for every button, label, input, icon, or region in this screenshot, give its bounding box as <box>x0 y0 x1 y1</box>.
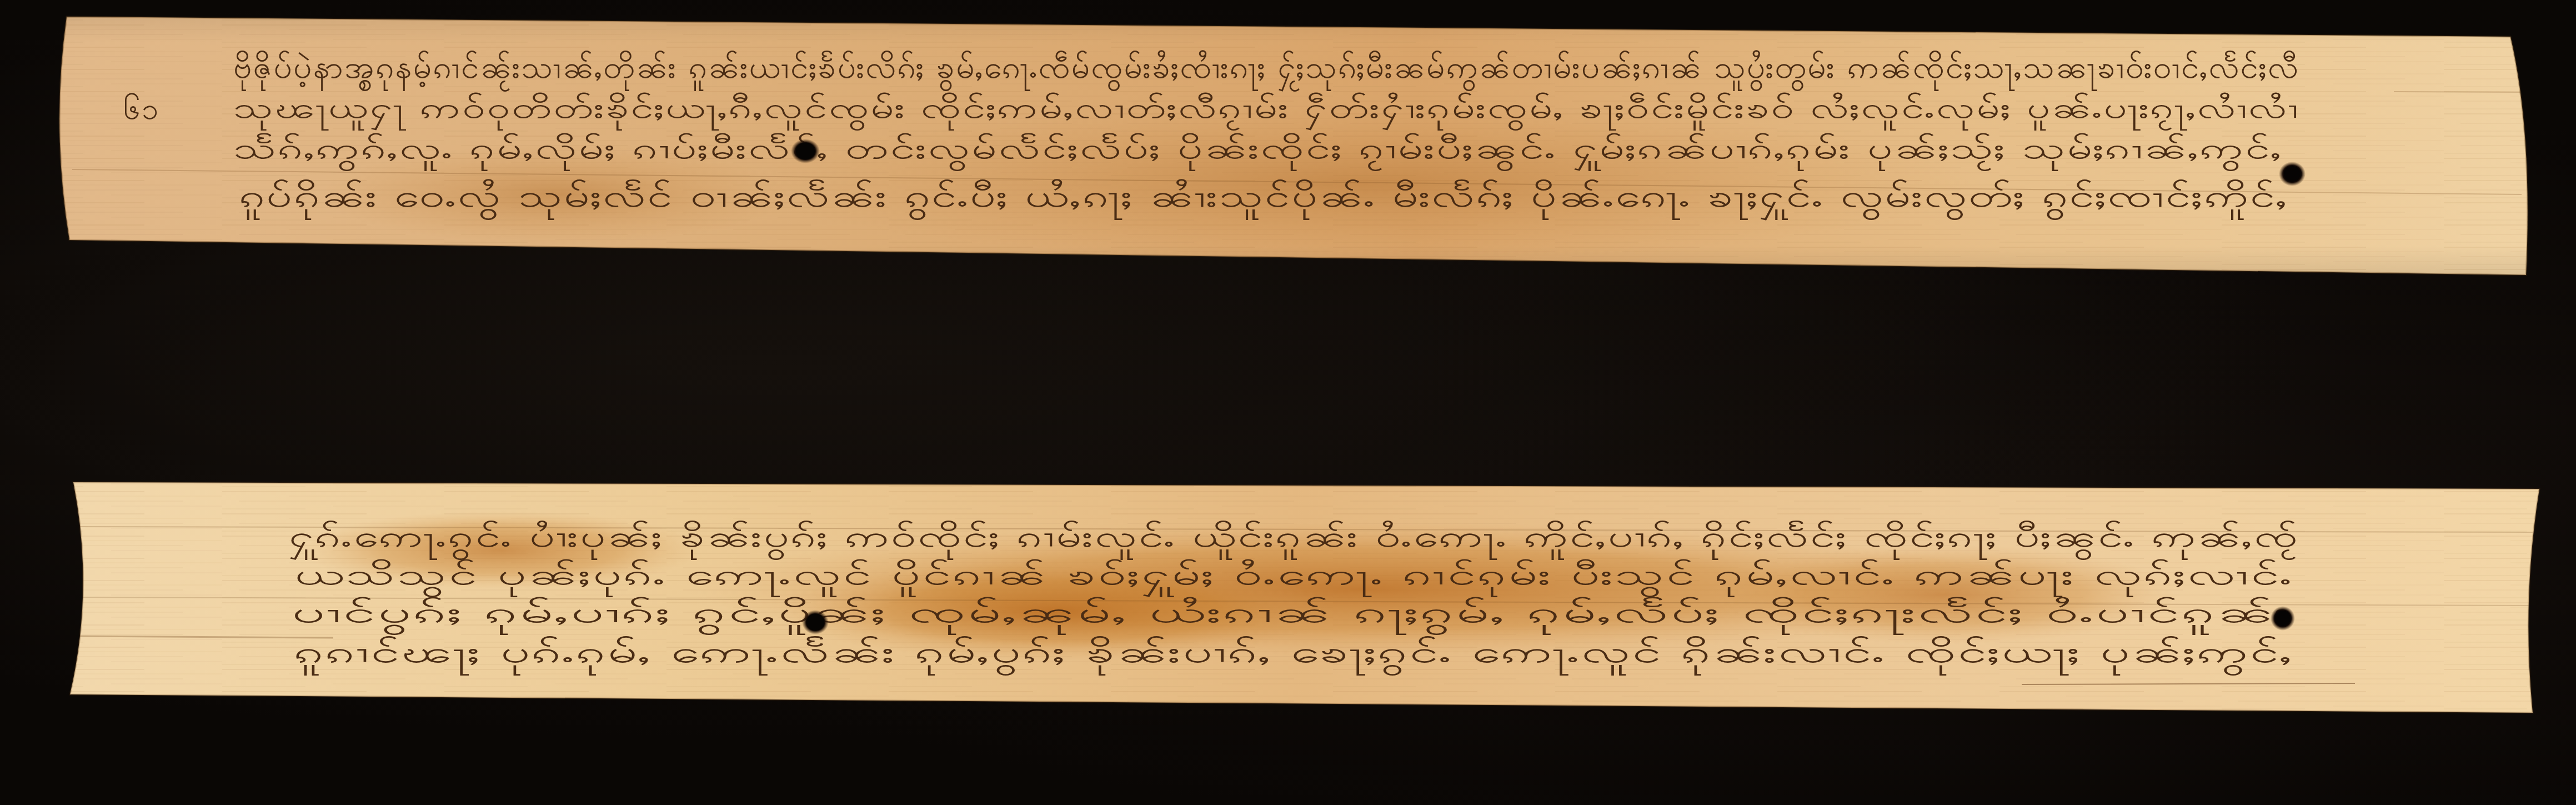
text-line: ပၢင်ပွၵ်ႈ ၵုမ်ႇပၢၵ်ႈ ၵွင်ႇပိူၼ်ႈ ၸုမ်ႇၼု… <box>292 596 2291 635</box>
folio-number: ၆၁ <box>123 91 159 126</box>
top-leaf-text: ဗိုဇိုပ်ပဲ့နာအ္စၵုနမ့်ၵၢင်ၼႂ်းသၢၼ်ႇတိုၼ်… <box>233 49 2299 221</box>
palm-leaf-bottom <box>0 467 2576 722</box>
text-line: သႅၵ်ႇဢွၵ်ႇလူႉ ၵုမ်ႇလိုမ်ႈ ၵၢပ်ႈမီးလႅင်ႇ … <box>233 132 2283 171</box>
string-hole-right-top <box>2279 162 2306 186</box>
bottom-leaf-text: ႁူၵ်ႉဢေႃႉၵွင်ႉ ပၢႆးပုၼ်ႈ ၶိုၼ်းပွၵ်ႈ ဢဝ်… <box>289 519 2299 676</box>
string-hole-left-bottom <box>802 610 829 634</box>
text-line: ၵူၵၢင်ၽႃႈ ပုၵ်ႉၵုမ်ႇ ဢေႃႉလႅၼ်း ၵုမ်ႇပွၵ်… <box>294 634 2294 676</box>
manuscript-scene: ၆၁ ဗိုဇိုပ်ပဲ့နာအ္စၵုနမ့်ၵၢင်ၼႂ်းသၢၼ်ႇတိ… <box>0 0 2576 805</box>
string-hole-right-bottom <box>2271 606 2295 631</box>
string-hole-left-top <box>791 139 820 163</box>
text-line: ၵူပ်ၵိုၼ်း ဝေႉလွႆ သုမ်ႈလႅင် ဝၢၼ်ႈလႅၼ်း ၵ… <box>239 178 2288 221</box>
text-line: ဗိုဇိုပ်ပဲ့နာအ္စၵုနမ့်ၵၢင်ၼႂ်းသၢၼ်ႇတိုၼ်… <box>233 49 2299 92</box>
text-line: သုၽႃယူႁႃ ဢဝ်ဝုတိတ်းၶိုင်ႈယႃႇၵီႇလူင်ၸွမ်း… <box>233 92 2299 131</box>
text-line: ႁူၵ်ႉဢေႃႉၵွင်ႉ ပၢႆးပုၼ်ႈ ၶိုၼ်းပွၵ်ႈ ဢဝ်… <box>289 519 2299 560</box>
